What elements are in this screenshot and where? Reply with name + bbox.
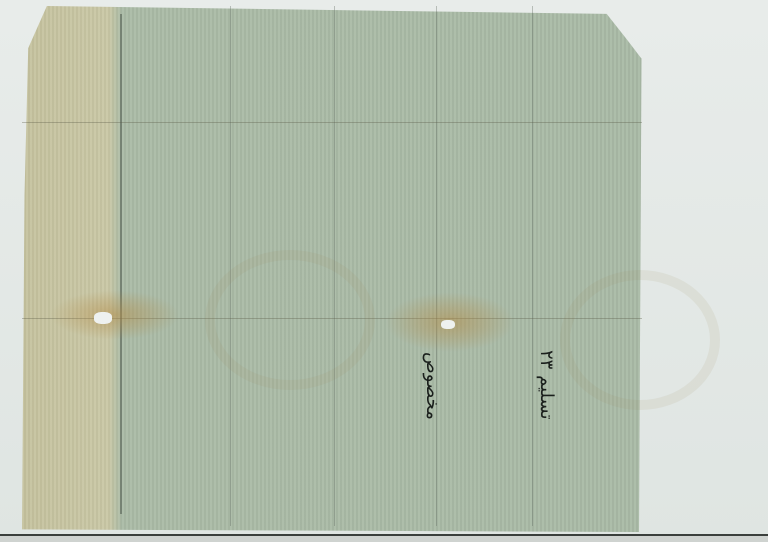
fold-line xyxy=(436,6,437,526)
binding-edge xyxy=(120,14,122,514)
scanner-edge xyxy=(0,534,768,542)
stain-ring xyxy=(560,270,720,410)
fold-line xyxy=(532,6,533,526)
fold-line xyxy=(230,6,231,526)
paper-hole xyxy=(94,312,112,324)
paper-hole xyxy=(441,320,455,329)
stain-ring xyxy=(205,250,375,390)
fold-line xyxy=(22,122,642,123)
water-stain xyxy=(50,290,180,340)
annotation-left: مخصوص xyxy=(422,352,443,420)
annotation-right: تسليم ٢٣ xyxy=(536,350,557,420)
